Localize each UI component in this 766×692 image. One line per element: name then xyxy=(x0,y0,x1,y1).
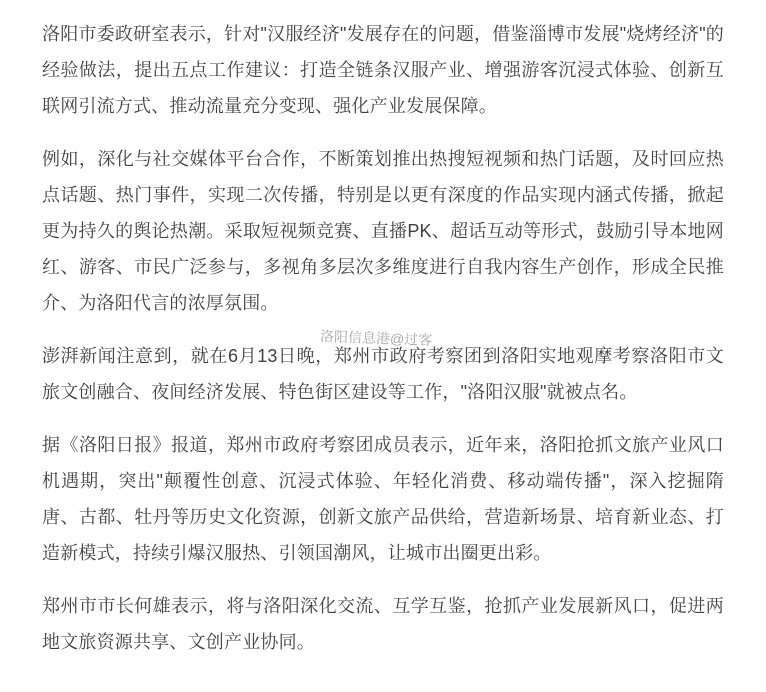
paragraph-5: 郑州市市长何雄表示，将与洛阳深化交流、互学互鉴，抢抓产业发展新风口，促进两地文旅… xyxy=(42,588,724,660)
paragraph-2: 例如，深化与社交媒体平台合作，不断策划推出热搜短视频和热门话题，及时回应热点话题… xyxy=(42,141,724,321)
paragraph-4: 据《洛阳日报》报道，郑州市政府考察团成员表示，近年来，洛阳抢抓文旅产业风口机遇期… xyxy=(42,427,724,571)
article-page: 洛阳市委政研室表示，针对"汉服经济"发展存在的问题，借鉴淄博市发展"烧烤经济"的… xyxy=(0,0,766,692)
paragraph-3: 澎湃新闻注意到，就在6月13日晚，郑州市政府考察团到洛阳实地观摩考察洛阳市文旅文… xyxy=(42,338,724,410)
paragraph-1: 洛阳市委政研室表示，针对"汉服经济"发展存在的问题，借鉴淄博市发展"烧烤经济"的… xyxy=(42,16,724,124)
article-body: 洛阳市委政研室表示，针对"汉服经济"发展存在的问题，借鉴淄博市发展"烧烤经济"的… xyxy=(0,0,766,660)
